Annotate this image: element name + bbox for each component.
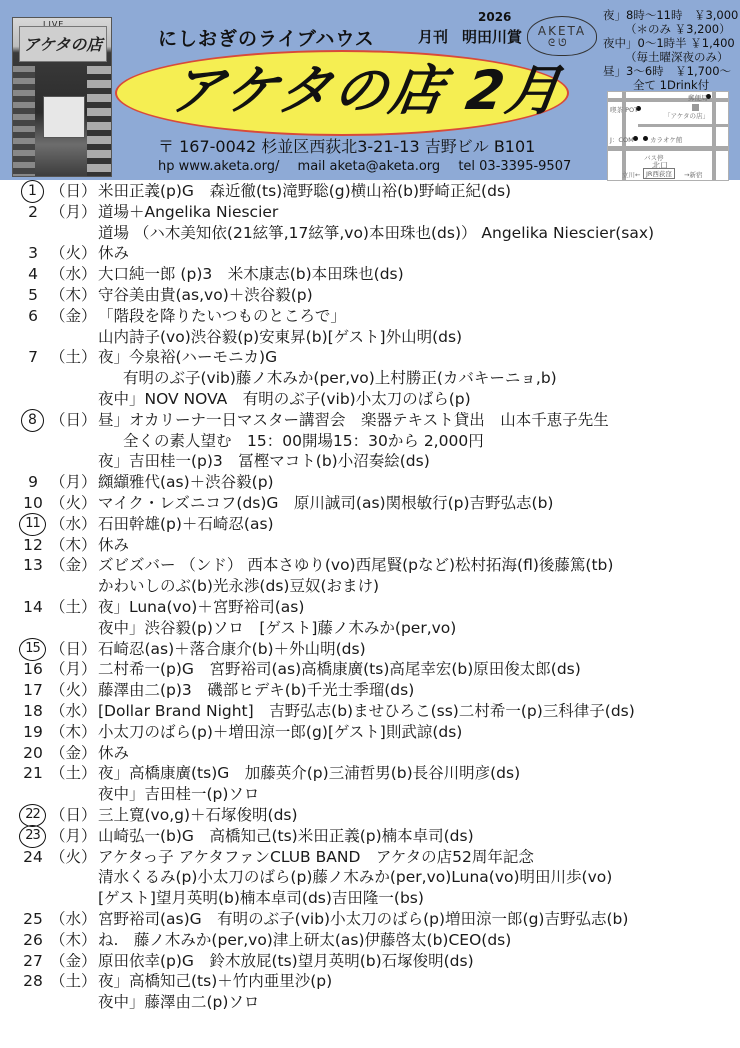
- day-number: 20: [18, 743, 48, 764]
- performance-text: 夜中」NOV NOVA 有明のぶ子(vib)小太刀のばら(p): [98, 389, 471, 410]
- map-marker-icon: [643, 136, 648, 141]
- performance-text: 有明のぶ子(vib)藤ノ木みか(per,vo)上村勝正(カバキーニョ,b): [123, 368, 557, 389]
- day-of-week: （水）: [50, 909, 90, 930]
- day-of-week: （月）: [50, 472, 90, 493]
- schedule-row-continuation: [ゲスト]望月英明(b)楠本卓司(ds)吉田隆一(bs): [0, 888, 740, 909]
- day-number: 17: [18, 680, 48, 701]
- day-number: 18: [18, 701, 48, 722]
- performance-text: マイク・レズニコフ(ds)G 原川誠司(as)関根敏行(p)吉野弘志(b): [98, 493, 553, 514]
- schedule-row: 13（金）ズビズバー （ンド） 西本さゆり(vo)西尾賢(pなど)松村拓海(fl…: [0, 555, 740, 576]
- day-number-circled: 11: [19, 513, 46, 536]
- performance-text: 二村希一(p)G 宮野裕司(as)高橋康廣(ts)高尾幸宏(b)原田俊太郎(ds…: [98, 659, 581, 680]
- day-number: 12: [18, 535, 48, 556]
- aketa-logo-icon: AKETA ᘓ ᘎ: [527, 16, 597, 56]
- day-number-circled: 8: [21, 409, 44, 432]
- schedule-row: 22（日）三上寛(vo,g)＋石塚俊明(ds): [0, 805, 740, 826]
- schedule-row: 18（水）[Dollar Brand Night] 吉野弘志(b)ませひろこ(s…: [0, 701, 740, 722]
- monthly-label: 月刊: [418, 26, 448, 47]
- day-of-week: （月）: [50, 202, 90, 223]
- performance-text: 纐纈雅代(as)＋渋谷毅(p): [98, 472, 274, 493]
- schedule-row-continuation: 夜中」NOV NOVA 有明のぶ子(vib)小太刀のばら(p): [0, 389, 740, 410]
- mail-link[interactable]: mail aketa@aketa.org: [298, 159, 441, 174]
- day-number: 10: [18, 493, 48, 514]
- performance-text: 「階段を降りたいつものところで」: [98, 306, 346, 327]
- day-number-circled: 15: [19, 638, 46, 661]
- day-number: 5: [18, 285, 48, 306]
- map-label-karaoke: カラオケ館: [650, 135, 682, 144]
- day-of-week: （日）: [50, 410, 90, 431]
- schedule-row: 28（土）夜」高橋知己(ts)＋竹内亜里沙(p): [0, 971, 740, 992]
- day-number: 14: [18, 597, 48, 618]
- map-road: [638, 124, 728, 127]
- price-list: 夜」8時〜11時 ￥3,000 （＊のみ ￥3,200） 夜中」0〜1時半 ￥1…: [603, 8, 738, 92]
- schedule-row: 26（木）ね. 藤ノ木みか(per,vo)津上研太(as)伊藤啓太(b)CEO(…: [0, 930, 740, 951]
- schedule-row: 2（月）道場＋Angelika Niescier: [0, 202, 740, 223]
- schedule-row-continuation: 夜中」藤澤由二(p)ソロ: [0, 992, 740, 1013]
- performance-text: 三上寛(vo,g)＋石塚俊明(ds): [98, 805, 298, 826]
- venue-entrance-photo: LIVE アケタの店: [12, 17, 112, 177]
- day-number: 9: [18, 472, 48, 493]
- performance-text: 休み: [98, 535, 129, 556]
- day-of-week: （土）: [50, 971, 90, 992]
- day-number: 28: [18, 971, 48, 992]
- map-road: [712, 92, 716, 180]
- day-of-week: （金）: [50, 306, 90, 327]
- day-number: 7: [18, 347, 48, 368]
- performance-text: 原田依幸(p)G 鈴木放屁(ts)望月英明(b)石塚俊明(ds): [98, 951, 474, 972]
- map-label-shop: 「アケタの店」: [664, 111, 709, 120]
- schedule-row: 20（金）休み: [0, 743, 740, 764]
- day-of-week: （金）: [50, 951, 90, 972]
- day-of-week: （土）: [50, 597, 90, 618]
- performance-text: [Dollar Brand Night] 吉野弘志(b)ませひろこ(ss)二村希…: [98, 701, 635, 722]
- day-number: 2: [18, 202, 48, 223]
- performance-text: [ゲスト]望月英明(b)楠本卓司(ds)吉田隆一(bs): [98, 888, 424, 909]
- performance-text: 守谷美由貴(as,vo)＋渋谷毅(p): [98, 285, 313, 306]
- contact-info: hp www.aketa.org/ mail aketa@aketa.org t…: [158, 159, 585, 174]
- map-station: JR西荻窪: [643, 168, 675, 179]
- tel-number: tel 03-3395-9507: [458, 159, 571, 174]
- performance-text: 石田幹雄(p)＋石崎忍(as): [98, 514, 274, 535]
- day-of-week: （水）: [50, 514, 90, 535]
- day-of-week: （金）: [50, 555, 90, 576]
- schedule-row-continuation: 夜中」吉田桂一(p)ソロ: [0, 784, 740, 805]
- day-number: 4: [18, 264, 48, 285]
- performance-text: 夜」今泉裕(ハーモニカ)G: [98, 347, 277, 368]
- day-of-week: （月）: [50, 826, 90, 847]
- map-road: [608, 146, 728, 151]
- schedule-row: 4（水）大口純一郎 (p)3 米木康志(b)本田珠也(ds): [0, 264, 740, 285]
- price-night-note: （＊のみ ￥3,200）: [603, 22, 738, 36]
- performance-text: 夜中」藤澤由二(p)ソロ: [98, 992, 259, 1013]
- day-of-week: （火）: [50, 680, 90, 701]
- schedule-row-continuation: かわいしのぶ(b)光永渉(ds)豆奴(おまけ): [0, 576, 740, 597]
- day-number-circled: 1: [21, 180, 44, 203]
- photo-wall-left: [13, 66, 35, 176]
- performance-text: 休み: [98, 243, 129, 264]
- price-late-night-note: （毎土曜深夜のみ）: [603, 50, 738, 64]
- day-number: 16: [18, 659, 48, 680]
- schedule-row-continuation: 道場 （ハ木美知依(21絃箏,17絃箏,vo)本田珠也(ds)） Angelik…: [0, 223, 740, 244]
- schedule-row: 23（月）山崎弘一(b)G 高橋知己(ts)米田正義(p)楠本卓司(ds): [0, 826, 740, 847]
- map-label-shinjuku: →新宿: [684, 170, 702, 179]
- schedule-row: 27（金）原田依幸(p)G 鈴木放屁(ts)望月英明(b)石塚俊明(ds): [0, 951, 740, 972]
- performance-text: かわいしのぶ(b)光永渉(ds)豆奴(おまけ): [98, 576, 379, 597]
- performance-text: 清水くるみ(p)小太刀のばら(p)藤ノ木みか(per,vo)Luna(vo)明田…: [98, 867, 612, 888]
- map-label-tachikawa: 立川←: [622, 170, 640, 179]
- map-road: [608, 98, 728, 102]
- performance-text: アケタっ子 アケタファンCLUB BAND アケタの店52周年記念: [98, 847, 534, 868]
- day-of-week: （月）: [50, 659, 90, 680]
- performance-text: 夜中」渋谷毅(p)ソロ [ゲスト]藤ノ木みか(per,vo): [98, 618, 456, 639]
- performance-text: 米田正義(p)G 森近徹(ts)滝野聡(g)横山裕(b)野崎正紀(ds): [98, 181, 511, 202]
- schedule-row: 5（木）守谷美由貴(as,vo)＋渋谷毅(p): [0, 285, 740, 306]
- schedule-row-continuation: 全くの素人望む 15：00開場15：30から 2,000円: [0, 431, 740, 452]
- photo-sign: アケタの店: [19, 26, 107, 62]
- performance-text: 夜」高橋康廣(ts)G 加藤英介(p)三浦哲男(b)長谷川明彦(ds): [98, 763, 520, 784]
- day-of-week: （土）: [50, 347, 90, 368]
- schedule-row: 14（土）夜」Luna(vo)＋宮野裕司(as): [0, 597, 740, 618]
- price-night: 夜」8時〜11時 ￥3,000: [603, 8, 738, 22]
- day-of-week: （日）: [50, 639, 90, 660]
- day-number: 24: [18, 847, 48, 868]
- day-number: 21: [18, 763, 48, 784]
- performance-text: 山内詩子(vo)渋谷毅(p)安東昇(b)[ゲスト]外山明(ds): [98, 327, 462, 348]
- schedule-row: 9（月）纐纈雅代(as)＋渋谷毅(p): [0, 472, 740, 493]
- day-number: 26: [18, 930, 48, 951]
- performance-text: 道場＋Angelika Niescier: [98, 202, 278, 223]
- performance-text: 夜中」吉田桂一(p)ソロ: [98, 784, 259, 805]
- day-of-week: （土）: [50, 763, 90, 784]
- performance-text: 夜」吉田桂一(p)3 冨樫マコト(b)小沼奏絵(ds): [98, 451, 430, 472]
- schedule-row: 21（土）夜」高橋康廣(ts)G 加藤英介(p)三浦哲男(b)長谷川明彦(ds): [0, 763, 740, 784]
- performance-text: 石崎忍(as)＋落合康介(b)＋外山明(ds): [98, 639, 366, 660]
- performance-text: 大口純一郎 (p)3 米木康志(b)本田珠也(ds): [98, 264, 404, 285]
- day-of-week: （火）: [50, 847, 90, 868]
- day-number: 27: [18, 951, 48, 972]
- price-late-night: 夜中」0〜1時半 ￥1,400: [603, 36, 738, 50]
- schedule-row: 25（水）宮野裕司(as)G 有明のぶ子(vib)小太刀のばら(p)増田涼一郎(…: [0, 909, 740, 930]
- schedule-row-continuation: 夜」吉田桂一(p)3 冨樫マコト(b)小沼奏絵(ds): [0, 451, 740, 472]
- day-of-week: （火）: [50, 493, 90, 514]
- schedule-row-continuation: 山内詩子(vo)渋谷毅(p)安東昇(b)[ゲスト]外山明(ds): [0, 327, 740, 348]
- day-of-week: （木）: [50, 930, 90, 951]
- day-number: 13: [18, 555, 48, 576]
- schedule-row: 17（火）藤澤由二(p)3 磯部ヒデキ(b)千光士季瑠(ds): [0, 680, 740, 701]
- performance-text: 夜」高橋知己(ts)＋竹内亜里沙(p): [98, 971, 332, 992]
- performance-text: 宮野裕司(as)G 有明のぶ子(vib)小太刀のばら(p)増田涼一郎(g)吉野弘…: [98, 909, 628, 930]
- day-of-week: （日）: [50, 805, 90, 826]
- schedule-row: 15（日）石崎忍(as)＋落合康介(b)＋外山明(ds): [0, 639, 740, 660]
- day-of-week: （木）: [50, 535, 90, 556]
- day-number: 19: [18, 722, 48, 743]
- schedule-row-continuation: 清水くるみ(p)小太刀のばら(p)藤ノ木みか(per,vo)Luna(vo)明田…: [0, 867, 740, 888]
- schedule-row: 19（木）小太刀のばら(p)＋増田涼一郎(g)[ゲスト]則武諒(ds): [0, 722, 740, 743]
- schedule-row: 7（土）夜」今泉裕(ハーモニカ)G: [0, 347, 740, 368]
- performance-text: 昼」オカリーナ一日マスター講習会 楽器テキスト貸出 山本千恵子先生: [98, 410, 609, 431]
- schedule-row: 8（日）昼」オカリーナ一日マスター講習会 楽器テキスト貸出 山本千恵子先生: [0, 410, 740, 431]
- schedule-row: 12（木）休み: [0, 535, 740, 556]
- schedule-row: 6（金）「階段を降りたいつものところで」: [0, 306, 740, 327]
- tagline: にしおぎのライブハウス: [158, 24, 375, 51]
- schedule-row-continuation: 夜中」渋谷毅(p)ソロ [ゲスト]藤ノ木みか(per,vo): [0, 618, 740, 639]
- day-number-circled: 23: [19, 825, 46, 848]
- day-of-week: （日）: [50, 181, 90, 202]
- day-number: 25: [18, 909, 48, 930]
- schedule-row: 3（火）休み: [0, 243, 740, 264]
- map-label-top-right: 郵便局: [688, 93, 708, 102]
- day-number-circled: 22: [19, 804, 46, 827]
- day-number: 6: [18, 306, 48, 327]
- schedule-row: 1（日）米田正義(p)G 森近徹(ts)滝野聡(g)横山裕(b)野崎正紀(ds): [0, 181, 740, 202]
- flyer-header: LIVE アケタの店 にしおぎのライブハウス 2026 月刊 明田川賞 AKET…: [0, 0, 740, 180]
- logo-text: AKETA: [538, 24, 586, 38]
- day-of-week: （水）: [50, 264, 90, 285]
- performance-text: 小太刀のばら(p)＋増田涼一郎(g)[ゲスト]則武諒(ds): [98, 722, 462, 743]
- photo-wall-right: [87, 66, 111, 176]
- day-of-week: （木）: [50, 285, 90, 306]
- performance-text: ズビズバー （ンド） 西本さゆり(vo)西尾賢(pなど)松村拓海(fl)後藤篤(…: [98, 555, 613, 576]
- map-label-jcom: J：COM: [610, 135, 634, 144]
- day-of-week: （水）: [50, 701, 90, 722]
- map-label-cafe: 喫茶 POT: [610, 105, 638, 114]
- homepage-link[interactable]: hp www.aketa.org/: [158, 159, 279, 174]
- award-label: 明田川賞: [462, 26, 522, 47]
- award-year: 2026: [478, 10, 511, 24]
- day-of-week: （金）: [50, 743, 90, 764]
- performance-text: ね. 藤ノ木みか(per,vo)津上研太(as)伊藤啓太(b)CEO(ds): [98, 930, 511, 951]
- performance-text: 全くの素人望む 15：00開場15：30から 2,000円: [123, 431, 484, 452]
- day-of-week: （木）: [50, 722, 90, 743]
- performance-text: 山崎弘一(b)G 高橋知己(ts)米田正義(p)楠本卓司(ds): [98, 826, 474, 847]
- photo-door: [43, 96, 85, 138]
- performance-text: 休み: [98, 743, 129, 764]
- price-drink-note: 全て 1Drink付: [603, 78, 738, 92]
- performance-text: 道場 （ハ木美知依(21絃箏,17絃箏,vo)本田珠也(ds)） Angelik…: [98, 223, 654, 244]
- address: 〒 167-0042 杉並区西荻北3-21-13 吉野ビル B101: [158, 134, 535, 157]
- performance-text: 藤澤由二(p)3 磯部ヒデキ(b)千光士季瑠(ds): [98, 680, 414, 701]
- performance-text: 夜」Luna(vo)＋宮野裕司(as): [98, 597, 304, 618]
- schedule-row: 10（火）マイク・レズニコフ(ds)G 原川誠司(as)関根敏行(p)吉野弘志(…: [0, 493, 740, 514]
- schedule-row-continuation: 有明のぶ子(vib)藤ノ木みか(per,vo)上村勝正(カバキーニョ,b): [0, 368, 740, 389]
- logo-swirl: ᘓ ᘎ: [548, 39, 567, 49]
- page-title: アケタの店 2月: [165, 56, 567, 126]
- schedule-row: 24（火）アケタっ子 アケタファンCLUB BAND アケタの店52周年記念: [0, 847, 740, 868]
- price-daytime: 昼」3〜6時 ￥1,700〜: [603, 64, 738, 78]
- venue-building-icon: [692, 104, 699, 111]
- access-map: 郵便局 喫茶 POT 「アケタの店」 J：COM カラオケ館 バス停 北口 立川…: [607, 91, 729, 181]
- schedule-row: 16（月）二村希一(p)G 宮野裕司(as)高橋康廣(ts)高尾幸宏(b)原田俊…: [0, 659, 740, 680]
- schedule-row: 11（水）石田幹雄(p)＋石崎忍(as): [0, 514, 740, 535]
- day-number: 3: [18, 243, 48, 264]
- day-of-week: （火）: [50, 243, 90, 264]
